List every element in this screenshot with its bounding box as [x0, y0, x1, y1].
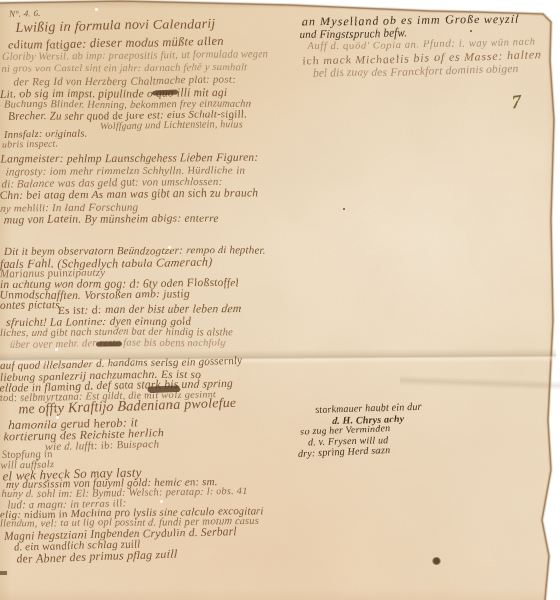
strikethrough-mark — [152, 90, 178, 96]
edge-mark — [0, 571, 7, 575]
handwritten-line: ontes pictats — [0, 299, 61, 312]
handwritten-line: wie d. lufft: ib: Buispach — [45, 439, 159, 453]
dark-speck — [470, 30, 472, 32]
paper-speck — [168, 246, 171, 249]
paper-speck — [55, 348, 58, 351]
paper-speck — [56, 416, 59, 419]
manuscript-scan: N°. 4. 6. Lwißig in formula novi Calenda… — [0, 0, 560, 600]
strikethrough-mark — [148, 385, 180, 392]
dark-speck — [343, 208, 345, 210]
handwritten-line: Wolffgang und Lichtenstein, huius — [100, 119, 243, 132]
handwritten-line: ni gros von Castel sint ein jahr: darnac… — [2, 62, 247, 75]
header-number: N°. 4. 6. — [9, 8, 41, 19]
handwritten-line: Chn: bei atag dem As man was gibt an sic… — [0, 187, 258, 202]
paper-speck — [160, 500, 163, 503]
paper-speck — [95, 8, 98, 11]
handwritten-line: Langmeister: pehlmp Launschgehess Lieben… — [0, 152, 258, 166]
strikethrough-mark — [96, 342, 122, 347]
ink-blot — [432, 557, 441, 565]
handwritten-line: Es ist: d: man der bist uber leben dem — [58, 303, 241, 317]
handwritten-line: der Abner des primus pflag zuill — [16, 547, 178, 566]
handwriting-layer: N°. 4. 6. Lwißig in formula novi Calenda… — [0, 0, 560, 600]
handwritten-line: Gloriby Wersil. ab imp: praepositis fuit… — [2, 49, 269, 63]
handwritten-line: an Myselland ob es imm Große weyzil — [302, 11, 520, 30]
handwritten-line: mug von Latein. By münsheim abigs: enter… — [4, 212, 219, 227]
folio-number: 7 — [511, 92, 523, 115]
handwritten-line: ubris inspect. — [2, 139, 59, 151]
